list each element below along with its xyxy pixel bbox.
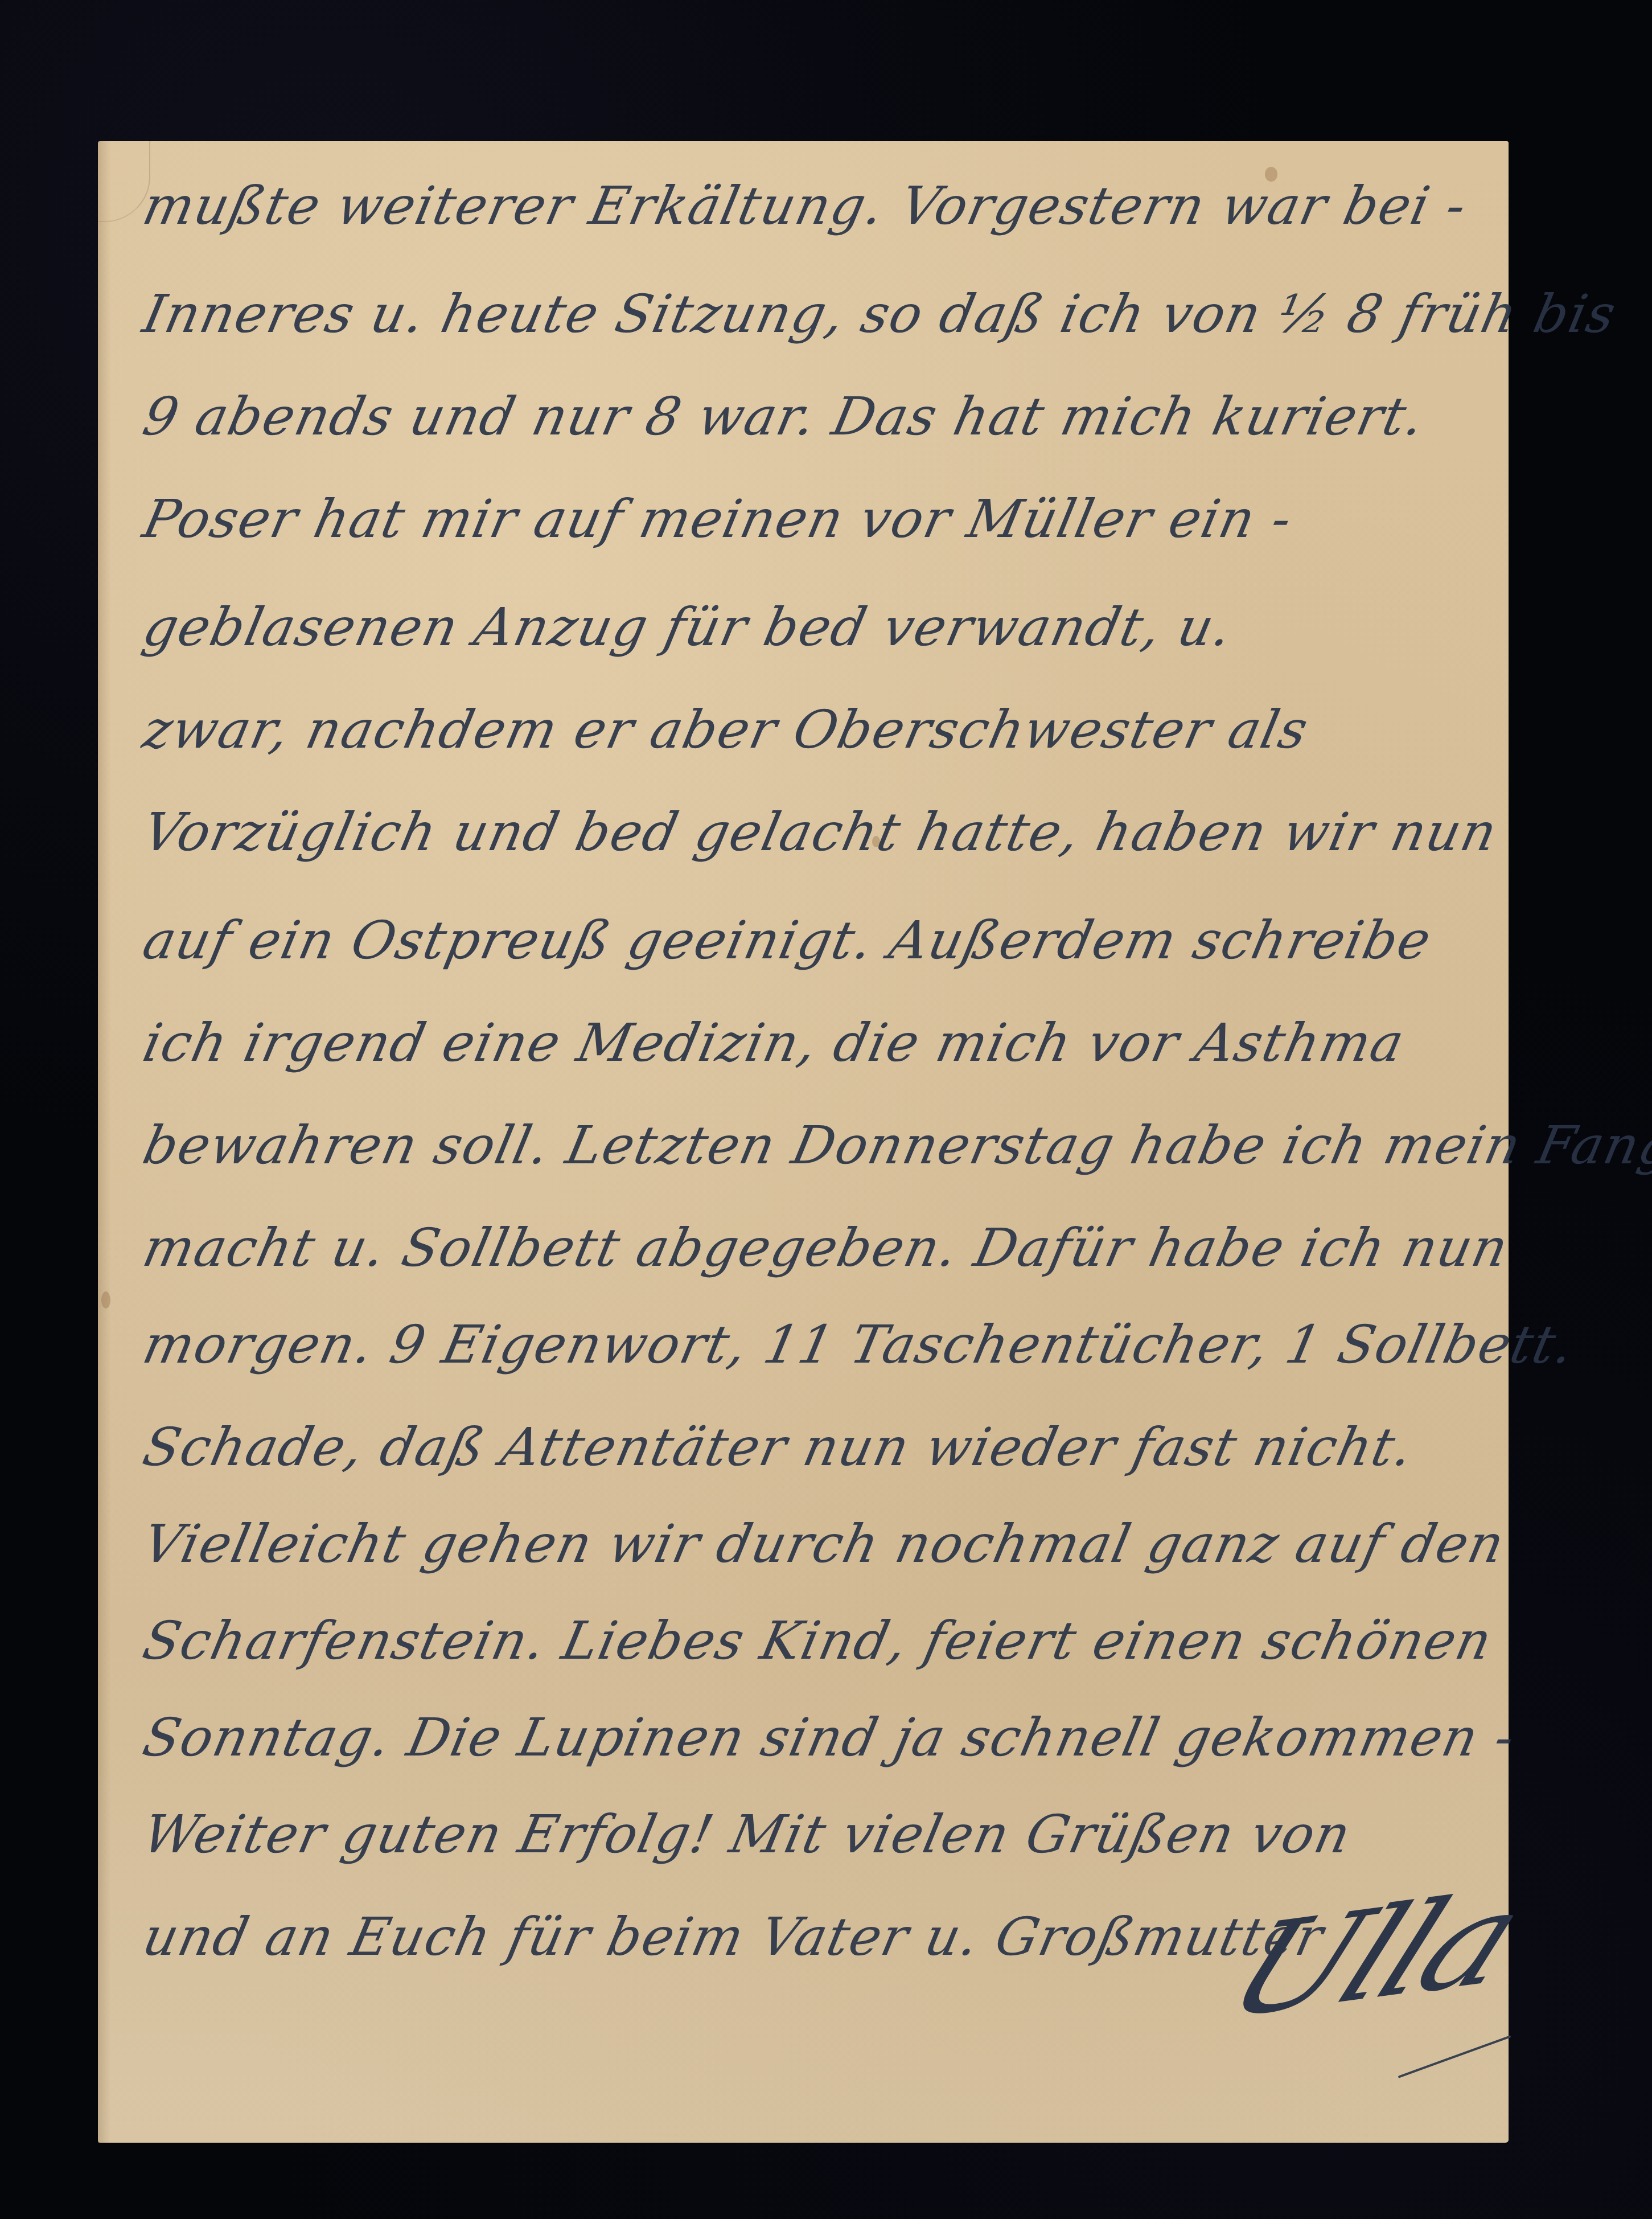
letter-line-4: Poser hat mir auf meinen vor Müller ein … [138,489,1298,549]
paper-stain [101,1291,110,1309]
letter-line-18: und an Euch für beim Vater u. Großmutter [138,1906,1329,1967]
letter-line-12: morgen. 9 Eigenwort, 11 Taschentücher, 1… [138,1314,1580,1375]
letter-line-17: Weiter guten Erfolg! Mit vielen Grüßen v… [138,1804,1357,1865]
letter-line-13: Schade, daß Attentäter nun wieder fast n… [138,1417,1419,1478]
letter-line-3: 9 abends und nur 8 war. Das hat mich kur… [138,386,1431,447]
postcard: mußte weiterer Erkältung. Vorgestern war… [98,141,1509,2143]
letter-line-14: Vielleicht gehen wir durch nochmal ganz … [138,1513,1510,1574]
letter-line-10: bewahren soll. Letzten Donnerstag habe i… [138,1115,1652,1176]
letter-line-5: geblasenen Anzug für bed verwandt, u. [138,597,1238,658]
letter-line-8: auf ein Ostpreuß geeinigt. Außerdem schr… [138,910,1437,971]
letter-line-1: mußte weiterer Erkältung. Vorgestern war… [138,175,1473,236]
letter-line-7: Vorzüglich und bed gelacht hatte, haben … [138,802,1503,863]
letter-line-11: macht u. Sollbett abgegeben. Dafür habe … [138,1217,1514,1278]
letter-line-16: Sonntag. Die Lupinen sind ja schnell gek… [138,1707,1521,1768]
letter-line-2: Inneres u. heute Sitzung, so daß ich von… [138,284,1622,344]
letter-line-6: zwar, nachdem er aber Oberschwester als [138,699,1314,760]
letter-line-15: Scharfenstein. Liebes Kind, feiert einen… [138,1610,1498,1671]
letter-line-9: ich irgend eine Medizin, die mich vor As… [138,1012,1410,1073]
